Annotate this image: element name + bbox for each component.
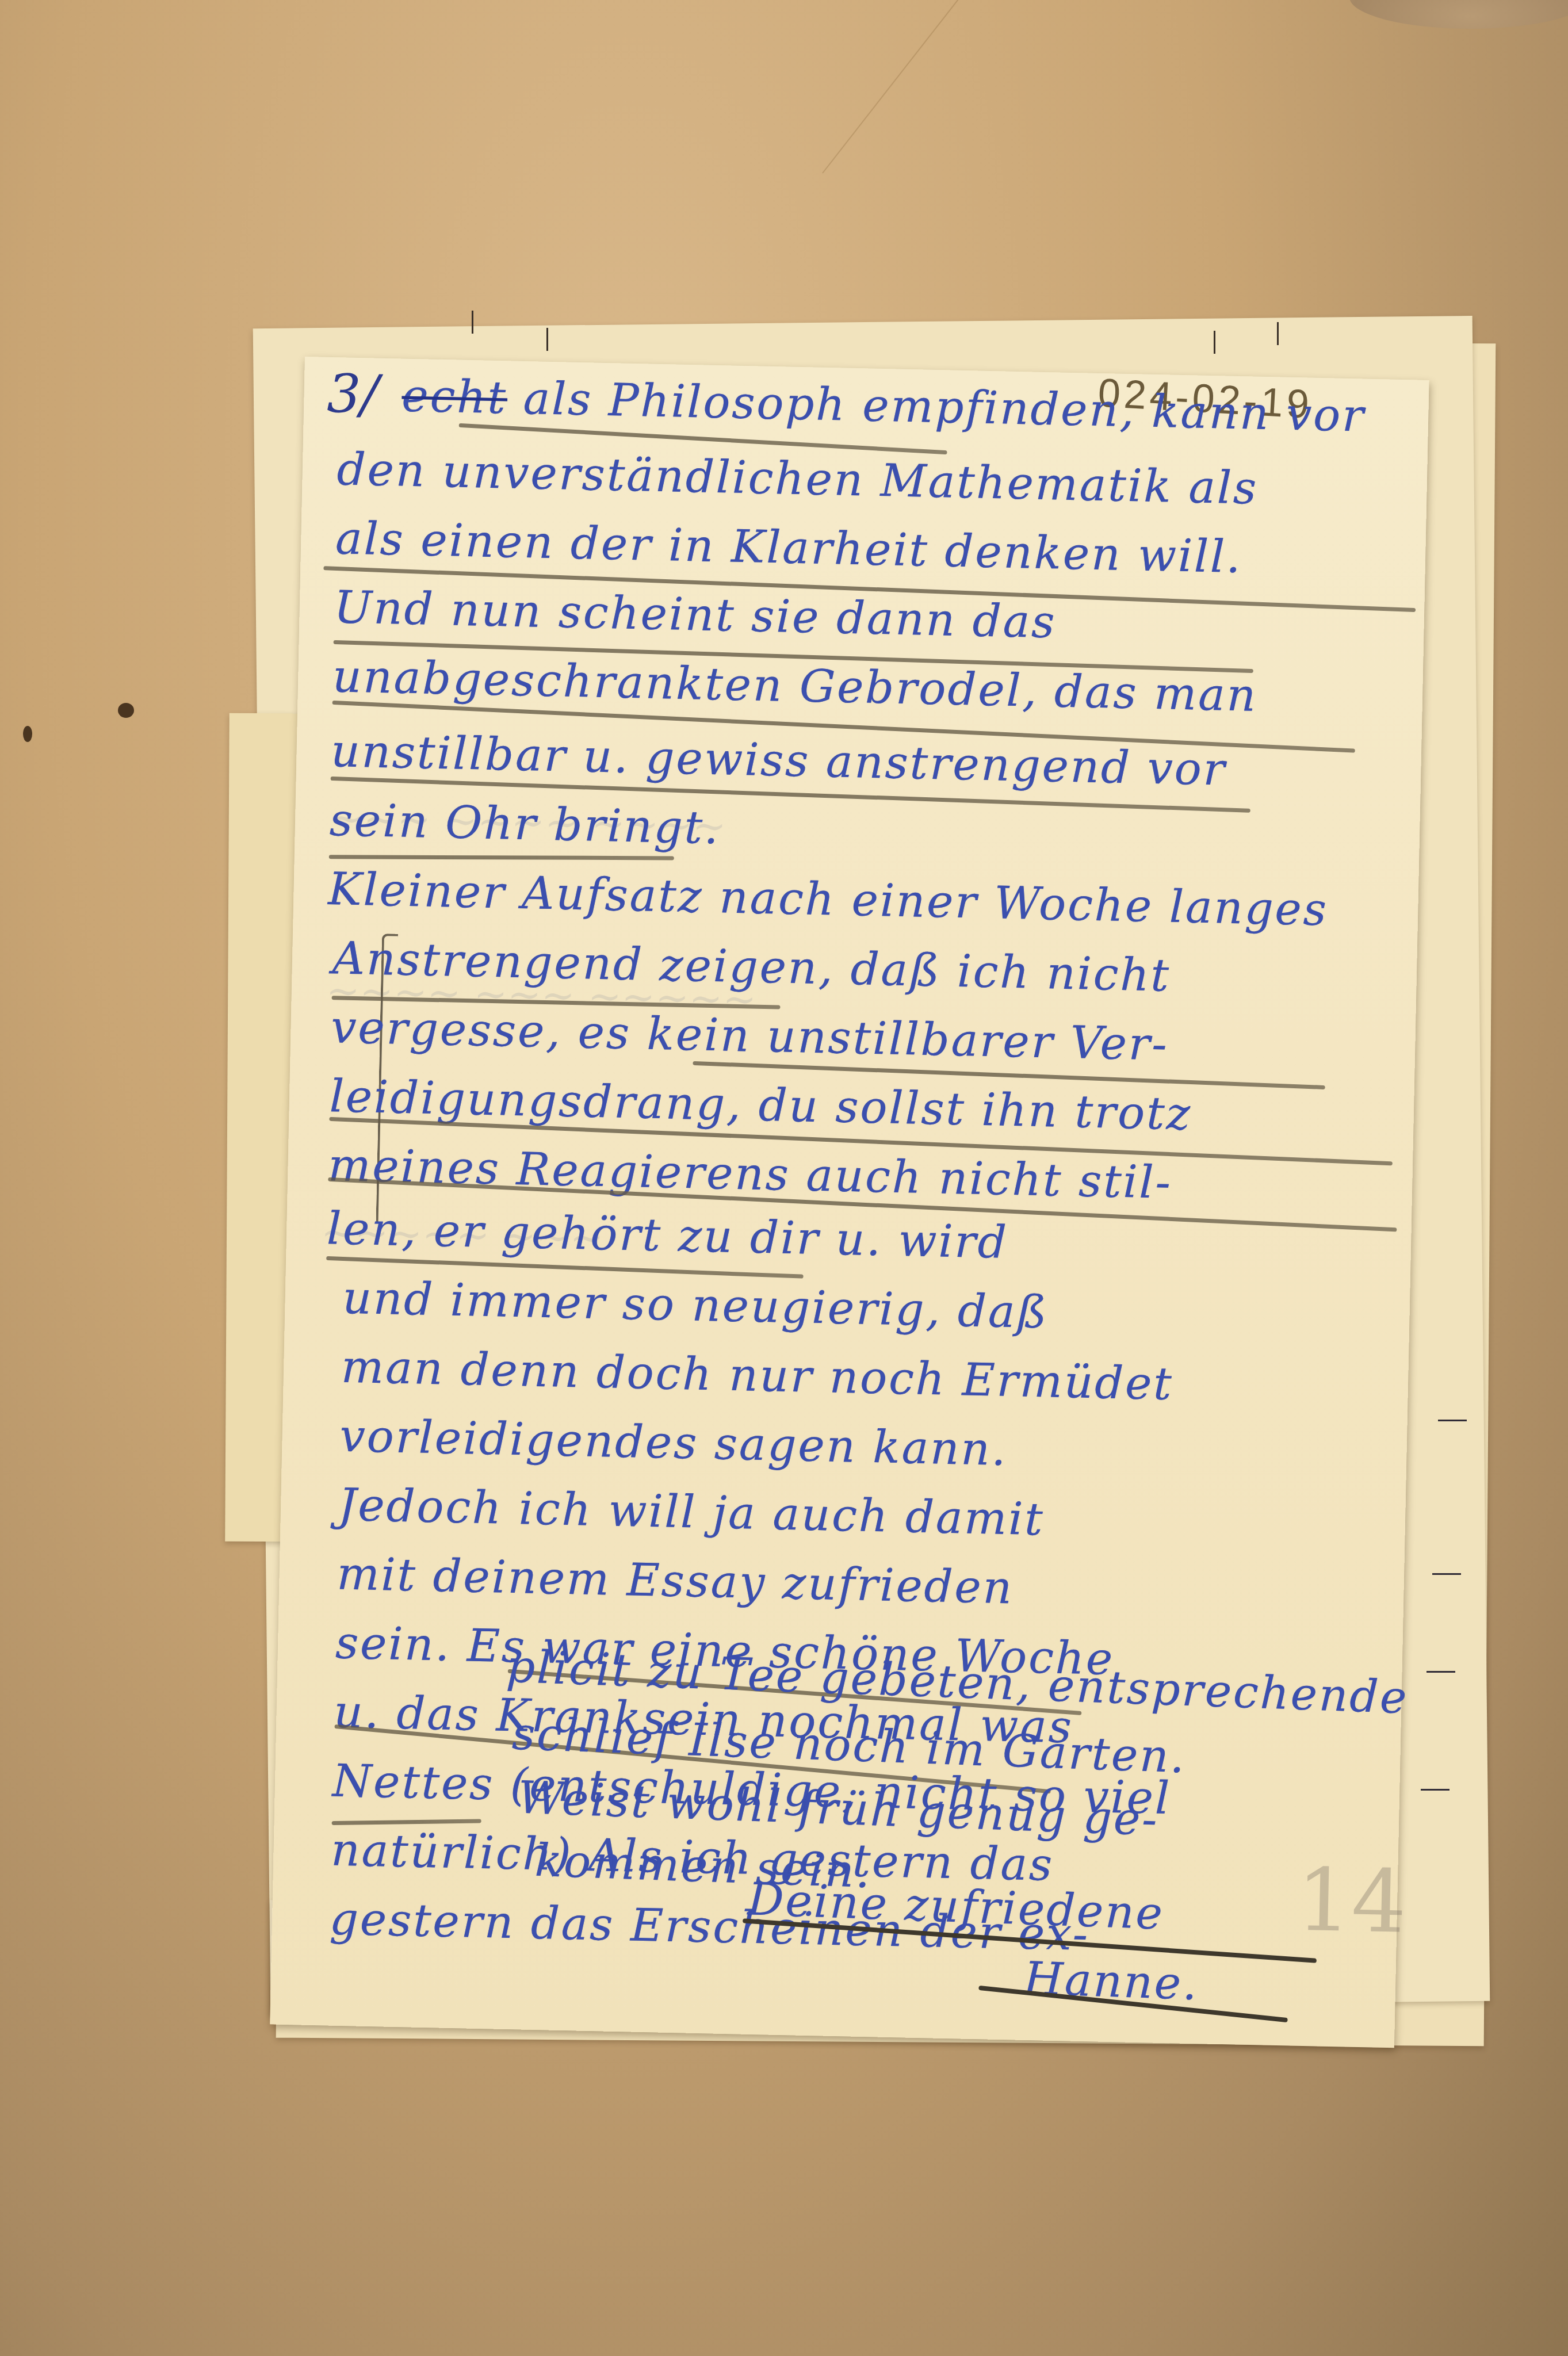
letter-line: vorleidigendes sagen kann. bbox=[339, 1410, 1008, 1476]
letter-line: man denn doch nur noch Ermüdet bbox=[341, 1341, 1173, 1410]
desk-scratch bbox=[822, 0, 1035, 174]
letter-line: sein Ohr bringt. bbox=[329, 794, 721, 854]
letter-line: mit deinem Essay zufrieden bbox=[336, 1548, 1014, 1615]
faint-pencil-note: 14 bbox=[1295, 1850, 1407, 1953]
desk-spot bbox=[23, 726, 32, 742]
margin-mark bbox=[1421, 1789, 1450, 1791]
sheet-edge-mark bbox=[472, 311, 473, 334]
letter-line: leidigungsdrang, du sollst ihn trotz bbox=[329, 1070, 1192, 1140]
margin-mark bbox=[1438, 1420, 1467, 1421]
pencil-underline bbox=[329, 855, 674, 860]
sheet-edge-mark bbox=[1214, 331, 1215, 354]
letter-line: len, er gehört zu dir u. wird bbox=[326, 1203, 1008, 1269]
letter-line: und immer so neugierig, daß bbox=[342, 1272, 1049, 1339]
struck-word: echt bbox=[401, 370, 508, 424]
letter-line: vergesse, es kein unstillbarer Ver- bbox=[331, 1001, 1169, 1070]
corner-object bbox=[1349, 0, 1568, 29]
letter-line: Jedoch ich will ja auch damit bbox=[338, 1479, 1045, 1546]
letter-line: den unverständlichen Mathematik als bbox=[336, 443, 1259, 515]
desk-spot bbox=[118, 703, 134, 718]
sheet-edge-mark bbox=[1277, 322, 1279, 345]
margin-mark bbox=[1432, 1573, 1461, 1575]
margin-mark bbox=[1427, 1671, 1455, 1673]
page-number: 3/ bbox=[327, 363, 380, 426]
letter-line: Kleiner Aufsatz nach einer Woche langes bbox=[328, 863, 1329, 936]
sheet-edge-mark bbox=[546, 328, 548, 351]
